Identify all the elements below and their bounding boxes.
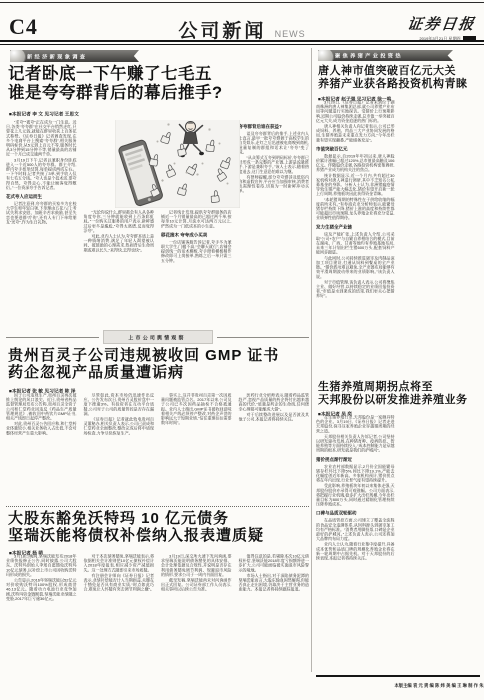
text-column: 医药行业分析师表示,随着药品监管趋严,忽视产品质量的药企将付出越来越高的代价,“… bbox=[239, 393, 310, 503]
body-paragraph: 与此同时,公司持续推进屠宰及肉制品深加工项目建设,打通从饲料到餐桌的全产业链。“… bbox=[316, 256, 395, 279]
inline-subhead: 市值突破百亿元 bbox=[316, 145, 395, 152]
body-paragraph: 3月18日晚间,坚瑞沃能发布2018年业绩快报修正公告,同时披露,公司大股东、沃… bbox=[6, 554, 77, 577]
section-title-cn: 公司新闻 bbox=[178, 21, 266, 42]
headline-line2: 天邦股份以研发推进养殖业务 bbox=[318, 394, 468, 407]
article-badge-tangrenshen: 聚焦养猪产业投资热 bbox=[318, 50, 453, 61]
body-paragraph: 对此,业内人士认为,夸夸群本质上是一种情绪消费,满足了年轻人渴望被认同、被鼓励的… bbox=[84, 234, 155, 252]
inline-subhead: 夸夸群背后谁在获益? bbox=[239, 123, 310, 130]
body-paragraph: 市场人士指出,对于深陷债务泥潭的坚瑞沃能而言,大股东输血固然解渴,但能否真正走出… bbox=[239, 573, 310, 591]
newspaper-logo: 证券日报 2019年3月21日 星期四 bbox=[369, 13, 476, 41]
body-paragraph: 受此影响,养殖板块年初以来集体走强,天邦股份股价亦录得可观涨幅。公司方面表示,将… bbox=[316, 484, 395, 507]
text-column: 3月19日,深交所火速下发问询函,要求坚瑞沃能说明债务豁免的具体安排、会计处理依… bbox=[161, 554, 232, 672]
inline-subhead: 猪价拐点渐行渐近 bbox=[316, 456, 395, 463]
yuqing-banner: 上市公司舆情观察 bbox=[6, 331, 309, 343]
body-tangrenshen: 3月20日,《证券日报》记者来到位于湖南株洲的唐人神集团总部,就公司养猪产业布局… bbox=[316, 100, 480, 376]
footer-rule bbox=[316, 675, 480, 677]
body-paragraph: 《证券日报》记者就此致电贵州百灵董秘办,相关负责人表示,公司已责成和仁堂药业全面… bbox=[84, 417, 155, 435]
thumbs-up-cartoon bbox=[116, 120, 239, 207]
body-paragraph: 尽管如此,资本市场仍迅速作出反应。公告发布次日,贵州百灵股价盘中一度下挫逾3%。… bbox=[84, 393, 155, 416]
headline-bailing: 贵州百灵子公司违规被收回 GMP 证书 药企忽视产品质量遭诟病 bbox=[8, 347, 279, 381]
headline-line2: 坚瑞沃能将债权补偿纳入报表遭质疑 bbox=[8, 527, 264, 544]
headline-line2: 药企忽视产品质量遭诟病 bbox=[8, 364, 279, 381]
masthead-rule bbox=[0, 40, 484, 45]
body-paragraph: 业内人士认为,随着行业集中度提升,具备成本优势和品质口碑的规模化养殖企业将在新一… bbox=[316, 542, 395, 560]
body-paragraph: 唐人神相关负责人向记者表示,公司已形成饲料、养殖、肉品三大产业协同发展的格局,生… bbox=[316, 124, 395, 142]
text-column: 夸夸群背后谁在获益?谈及夸夸群背后的推手,上述业内人士直言,最早一批夸夸群源于高… bbox=[239, 120, 310, 326]
column-divider bbox=[311, 48, 312, 672]
article-badge-kuakua: 新经济新现象调查 bbox=[10, 50, 139, 62]
body-paragraph: 因子公司违规生产,贵州百灵再次被推上舆论的风口浪尖。近日,贵州省药品监督管理局发… bbox=[6, 393, 77, 421]
banner-pill: 上市公司舆情观察 bbox=[103, 330, 213, 344]
body-kuakua: “求夸”“被夸”正在成为一门生意。近日,各类“夸夸群”在社交平台悄然走红,只要花… bbox=[6, 120, 309, 326]
byline-tangrenshen: ■本报记者 赵子强 见习记者 徐一鸣 bbox=[318, 93, 465, 99]
text-column: “求夸”“被夸”正在成为一门生意。近日,各类“夸夸群”在社交平台悄然走红,只要花… bbox=[6, 120, 77, 326]
headline-line1: 唐人神市值突破百亿元大关 bbox=[318, 65, 468, 78]
body-bailing: 因子公司违规生产,贵州百灵再次被推上舆论的风口浪尖。近日,贵州省药品监督管理局发… bbox=[6, 393, 309, 503]
top-rule bbox=[0, 2, 484, 3]
body-paragraph: 医药行业分析师表示,随着药品监管趋严,忽视产品质量的药企将付出越来越高的代价,“… bbox=[239, 393, 310, 411]
body-paragraph: 天邦股份相关负责人告诉记者,公司坚持以研发驱动发展,在种猪育种、疫病防控、智能养… bbox=[316, 434, 395, 452]
body-paragraph: 数据显示,自2019年年初以来,唐人神股价累计涨幅已超过120%,总市值最高触及… bbox=[316, 154, 395, 172]
text-column: 尽管如此,资本市场仍迅速作出反应。公告发布次日,贵州百灵股价盘中一度下挫逾3%。… bbox=[84, 393, 155, 503]
body-paragraph: 对于本次债务豁免,坚瑞沃能表示,将依据相关会计准则把10亿元债权补偿计入2018… bbox=[84, 554, 155, 572]
body-paragraph: “无论你说什么,群里都会有人从各种角度夸你,三分钟就能收到上百条彩虹屁。”一位购… bbox=[84, 210, 155, 233]
banner-rule-left bbox=[6, 337, 99, 338]
body-paragraph: 在生猪养殖行业,天邦股份是一家颇具特色的企业。3月19日,《证券日报》记者走进天… bbox=[316, 415, 395, 433]
text-columns: 3月20日,《证券日报》记者来到位于湖南株洲的唐人神集团总部,就公司养猪产业布局… bbox=[316, 100, 480, 376]
left-section: 新经济新现象调查 记者卧底一下午赚了七毛五 谁是夸夸群背后的幕后推手? ■本报记… bbox=[6, 48, 309, 678]
praise-group-cartoon-illustration bbox=[115, 120, 240, 208]
body-paragraph: 记者统计发现,提供夸夸群服务的店铺近一个月销量最高的已超过两千单,按每单10元计… bbox=[161, 210, 232, 228]
body-paragraph: 截至发稿,坚瑞沃能尚未对问询函作出正式回复。公司证券部工作人员表示,相关事项以后… bbox=[161, 578, 232, 592]
headline-line1: 记者卧底一下午赚了七毛五 bbox=[8, 65, 223, 84]
banner-label: 上市公司舆情观察 bbox=[129, 333, 186, 340]
byline-kuakua: ■本报记者 李 文 见习记者 王思文 bbox=[9, 108, 149, 114]
body-paragraph: 有律师提醒,部分夸夸群涉及低俗内容和虚假宣传,平台应当加强审核,消费者也需理性看… bbox=[239, 175, 310, 193]
body-paragraph: 农业农村部数据显示,2月份全国能繁母猪存栏环比下降5%,同比下降19.1%,产能… bbox=[316, 464, 395, 482]
banner-rule-right bbox=[217, 337, 310, 338]
text-column: 3月18日晚间,坚瑞沃能发布2018年业绩快报修正公告,同时披露,公司大股东、沃… bbox=[6, 554, 77, 672]
inline-subhead: 发力生猪全产业链 bbox=[316, 223, 395, 230]
body-paragraph: 有注册会计师向《证券日报》记者表示,业绩补偿能否计入当期损益,关键在于豁免是否具… bbox=[84, 573, 155, 591]
section-title-en: NEWS bbox=[275, 29, 306, 39]
body-paragraph: 谈及夸夸群背后的推手,上述业内人士直言,最早一批夸夸群源于高校学生的自发娱乐,走… bbox=[239, 132, 310, 155]
headline-line1: 生猪养殖周期拐点将至 bbox=[318, 381, 468, 394]
page-number: C4 bbox=[9, 14, 38, 40]
body-paragraph: “从众筹式互夸到明码标价,夸夸群已经形成一条完整的产业链,上游是流量推手,下游是… bbox=[239, 156, 310, 174]
headline-watma: 大股东豁免沃特玛 10 亿元债务 坚瑞沃能将债权补偿纳入报表遭质疑 bbox=[8, 510, 264, 544]
badge-label: 新经济新现象调查 bbox=[27, 52, 87, 60]
body-paragraph: 谈及产能扩张,上述负责人介绍,公司采取“公司+农户”与自繁自养相结合的模式,目前… bbox=[316, 232, 395, 255]
text-columns: 在生猪养殖行业,天邦股份是一家颇具特色的企业。3月19日,《证券日报》记者走进天… bbox=[316, 415, 480, 671]
newspaper-page: C4 公司新闻 NEWS 证券日报 2019年3月21日 星期四 新经济新现象调… bbox=[0, 0, 484, 700]
headline-tangrenshen: 唐人神市值突破百亿元大关 养猪产业获各路投资机构青睐 bbox=[318, 65, 468, 90]
body-paragraph: 事实上,这并非贵州百灵第一次因质量问题被监管点名。2017年以来,公司及子公司已… bbox=[161, 393, 232, 425]
badge-label: 聚焦养猪产业投资热 bbox=[335, 52, 403, 60]
body-paragraph: 值得注意的是,若剔除本次10亿元债权补偿,坚瑞沃能2018年度亏损额将进一步扩大… bbox=[239, 554, 310, 572]
headline-line2: 谁是夸夸群背后的幕后推手? bbox=[8, 84, 223, 103]
body-paragraph: “本轮猪周期的特殊性在于供给收缩的幅度前所未有。”有券商农业分析师表示,能繁母猪… bbox=[316, 197, 395, 220]
body-paragraph: 3月19日下午,记者以兼职身份卧底进入一个近500人的夸夸群。群主介绍,群内夸手… bbox=[6, 158, 77, 190]
byline-bailing: ■本报记者 张 敏 见习记者 陈 泽 bbox=[9, 385, 142, 391]
body-paragraph: 统计数据显示,近一个月内,共有超过30家机构对唐人神进行调研,其中不乏知名公私募… bbox=[316, 173, 395, 196]
body-paragraph: 对于市值管理,该负责人表示,公司将聚焦主业、做好经营,以持续稳定的业绩回报投资者… bbox=[316, 280, 395, 298]
body-paragraph: 3月19日,深交所火速下发问询函,要求坚瑞沃能说明债务豁免的具体安排、会计处理依… bbox=[161, 554, 232, 577]
body-paragraph: “求夸”“被夸”正在成为一门生意。近日,各类“夸夸群”在社交平台悄然走红,只要花… bbox=[6, 120, 77, 157]
section-title: 公司新闻 NEWS bbox=[178, 16, 305, 43]
body-paragraph: 对于后续整改进展以及是否波及其他子公司,本报记者将持续关注。 bbox=[239, 412, 310, 421]
dotted-divider bbox=[6, 506, 309, 507]
text-column: 对于本次债务豁免,坚瑞沃能表示,将依据相关会计准则把10亿元债权补偿计入2018… bbox=[84, 554, 155, 672]
globe-icon bbox=[315, 47, 334, 66]
body-paragraph: 对此,贵州百灵公告回应称,和仁堂药业体量较小,相关业务收入占比低,不会对整体经营… bbox=[6, 422, 77, 436]
text-column: 值得注意的是,若剔除本次10亿元债权补偿,坚瑞沃能2018年度亏损额将进一步扩大… bbox=[239, 554, 310, 672]
headline-line2: 养猪产业获各路投资机构青睐 bbox=[318, 78, 468, 91]
inline-subhead: 移花接木 夸夸成小买卖 bbox=[161, 231, 232, 238]
body-paragraph: 记者注意到,夸夸群的买家多为在校大学生和年轻白领,下单理由五花八门:考试失利求安… bbox=[6, 202, 77, 225]
headline-line1: 贵州百灵子公司违规被收回 GMP 证书 bbox=[8, 347, 279, 364]
byline-tianbang: ■本报记者 吴 奕 bbox=[318, 408, 386, 414]
headline-tianbang: 生猪养殖周期拐点将至 天邦股份以研发推进养殖业务 bbox=[318, 381, 468, 406]
body-paragraph: 公告显示,2016年坚瑞沃能以52亿元对价收购沃特玛100%股权,形成商誉46.… bbox=[6, 578, 77, 601]
body-tianbang: 在生猪养殖行业,天邦股份是一家颇具特色的企业。3月19日,《证券日报》记者走进天… bbox=[316, 415, 480, 671]
headline-line1: 大股东豁免沃特玛 10 亿元债务 bbox=[8, 510, 264, 527]
body-watma: 3月18日晚间,坚瑞沃能发布2018年业绩快报修正公告,同时披露,公司大股东、沃… bbox=[6, 554, 309, 672]
right-section: 聚焦养猪产业投资热 唐人神市值突破百亿元大关 养猪产业获各路投资机构青睐 ■本报… bbox=[316, 48, 480, 696]
inline-subhead: 口碑与品质双轮驱动 bbox=[316, 510, 395, 517]
headline-kuakua: 记者卧底一下午赚了七毛五 谁是夸夸群背后的幕后推手? bbox=[8, 65, 223, 103]
body-paragraph: 3月20日,《证券日报》记者来到位于湖南株洲的唐人神集团总部,就公司养猪产业布局… bbox=[316, 100, 395, 123]
page-credits: 本版主编 袁 元 责 编 陈 炜 美 编 王 琳 制 作 朱玉霞 E-mail:… bbox=[316, 679, 480, 685]
body-paragraph: 一位店铺客服告诉记者,夸手多为兼职大学生,门槛不高,“会聊天就行”,店铺会提供统… bbox=[161, 240, 232, 263]
newspaper-name: 证券日报 bbox=[368, 13, 477, 34]
globe-icon bbox=[7, 47, 26, 66]
byline-watma: ■本报记者 杨 萌 bbox=[9, 547, 77, 553]
inline-subhead: 花式夸人应运而生 bbox=[6, 193, 77, 200]
body-paragraph: 在品质管控方面,公司建立了覆盖全流程的食品安全追溯体系,从饲料源头到屠宰加工均有… bbox=[316, 518, 395, 541]
text-column: 因子公司违规生产,贵州百灵再次被推上舆论的风口浪尖。近日,贵州省药品监督管理局发… bbox=[6, 393, 77, 503]
text-column: 事实上,这并非贵州百灵第一次因质量问题被监管点名。2017年以来,公司及子公司已… bbox=[161, 393, 232, 503]
